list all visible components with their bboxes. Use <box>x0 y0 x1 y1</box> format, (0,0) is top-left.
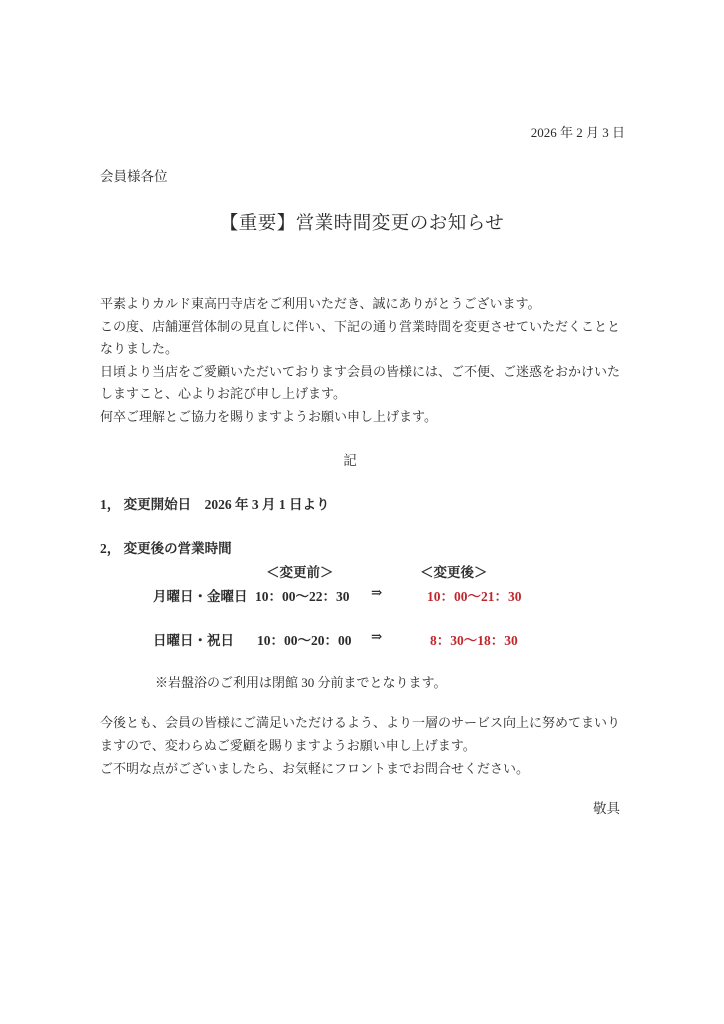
closing-salutation: 敬具 <box>593 797 620 817</box>
notice-document-page: 2026 年 2 月 3 日 会員様各位 【重要】営業時間変更のお知らせ 平素よ… <box>0 0 724 1024</box>
arrow-icon: ⇒ <box>371 585 382 601</box>
addressee-line: 会員様各位 <box>100 165 168 185</box>
document-date: 2026 年 2 月 3 日 <box>531 122 625 141</box>
schedule-header-after: ＜変更後＞ <box>420 561 488 581</box>
schedule-row-after-time: 8：30～18：30 <box>430 629 518 649</box>
body-line: 平素よりカルド東高円寺店をご利用いただき、誠にありがとうございます。 <box>100 293 620 316</box>
closing-paragraphs: 今後とも、会員の皆様にご満足いただけるよう、より一層のサービス向上に努めてまいり… <box>100 711 620 780</box>
schedule-header-before: ＜変更前＞ <box>266 561 334 581</box>
schedule-row-days: 日曜日・祝日 <box>153 629 234 649</box>
closing-line: 今後とも、会員の皆様にご満足いただけるよう、より一層のサービス向上に努めてまいり <box>100 711 620 734</box>
body-line: この度、店舗運営体制の見直しに伴い、下記の通り営業時間を変更させていただくことと <box>100 316 620 339</box>
body-line: なりました。 <box>100 338 620 361</box>
schedule-row-after-time: 10：00～21：30 <box>427 585 522 605</box>
closing-line: ご不明な点がございましたら、お気軽にフロントまでお問合せください。 <box>100 757 620 780</box>
body-line: 何卒ご理解とご協力を賜りますようお願い申し上げます。 <box>100 406 620 429</box>
document-title: 【重要】営業時間変更のお知らせ <box>0 209 724 235</box>
section1-heading: 1， 変更開始日 2026 年 3 月 1 日より <box>100 493 330 513</box>
body-line: 日頃より当店をご愛顧いただいております会員の皆様には、ご不便、ご迷惑をおかけいた <box>100 361 620 384</box>
schedule-row-before-time: 10：00～20：00 <box>257 629 352 649</box>
closing-line: ますので、変わらぬご愛顧を賜りますようお願い申し上げます。 <box>100 734 620 757</box>
arrow-icon: ⇒ <box>371 629 382 645</box>
ganbanyoku-note: ※岩盤浴のご利用は閉館 30 分前までとなります。 <box>155 672 446 691</box>
body-paragraphs: 平素よりカルド東高円寺店をご利用いただき、誠にありがとうございます。 この度、店… <box>100 293 620 429</box>
record-marker: 記 <box>100 449 600 469</box>
schedule-row-before-time: 10：00～22：30 <box>255 585 350 605</box>
section2-heading: 2， 変更後の営業時間 <box>100 537 232 557</box>
body-line: しますこと、心よりお詫び申し上げます。 <box>100 383 620 406</box>
schedule-row-days: 月曜日・金曜日 <box>153 585 248 605</box>
